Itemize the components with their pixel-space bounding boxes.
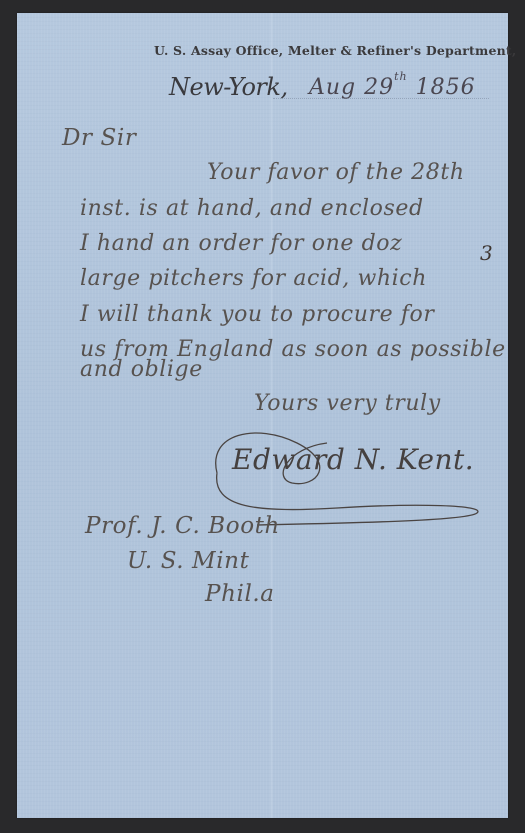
date-month-day: Aug 29 bbox=[309, 75, 394, 100]
body-line: and oblige bbox=[80, 357, 203, 382]
body-line: inst. is at hand, and enclosed bbox=[80, 196, 424, 221]
signature: Edward N. Kent. bbox=[232, 443, 474, 476]
body-line: Your favor of the 28th bbox=[207, 160, 465, 185]
recipient-institution: U. S. Mint bbox=[127, 548, 249, 574]
margin-mark: 3 bbox=[480, 241, 493, 265]
recipient-name: Prof. J. C. Booth bbox=[85, 513, 280, 539]
closing: Yours very truly bbox=[254, 391, 441, 416]
letter-date: Aug 29th 1856 bbox=[309, 75, 476, 100]
date-year: 1856 bbox=[416, 75, 476, 100]
body-line: large pitchers for acid, which bbox=[80, 266, 427, 291]
recipient-city: Phil.a bbox=[205, 581, 275, 607]
body-line: I will thank you to procure for bbox=[80, 302, 435, 327]
place-date-line: New-York, Aug 29th 1856 bbox=[169, 73, 489, 107]
salutation: Dr Sir bbox=[62, 125, 136, 151]
printed-letterhead: U. S. Assay Office, Melter & Refiner's D… bbox=[154, 43, 494, 58]
letter-paper: U. S. Assay Office, Melter & Refiner's D… bbox=[17, 13, 508, 818]
date-suffix: th bbox=[394, 70, 408, 83]
place-printed: New-York, bbox=[169, 73, 288, 101]
scanned-document: U. S. Assay Office, Melter & Refiner's D… bbox=[0, 0, 525, 833]
body-line: I hand an order for one doz bbox=[80, 231, 402, 256]
